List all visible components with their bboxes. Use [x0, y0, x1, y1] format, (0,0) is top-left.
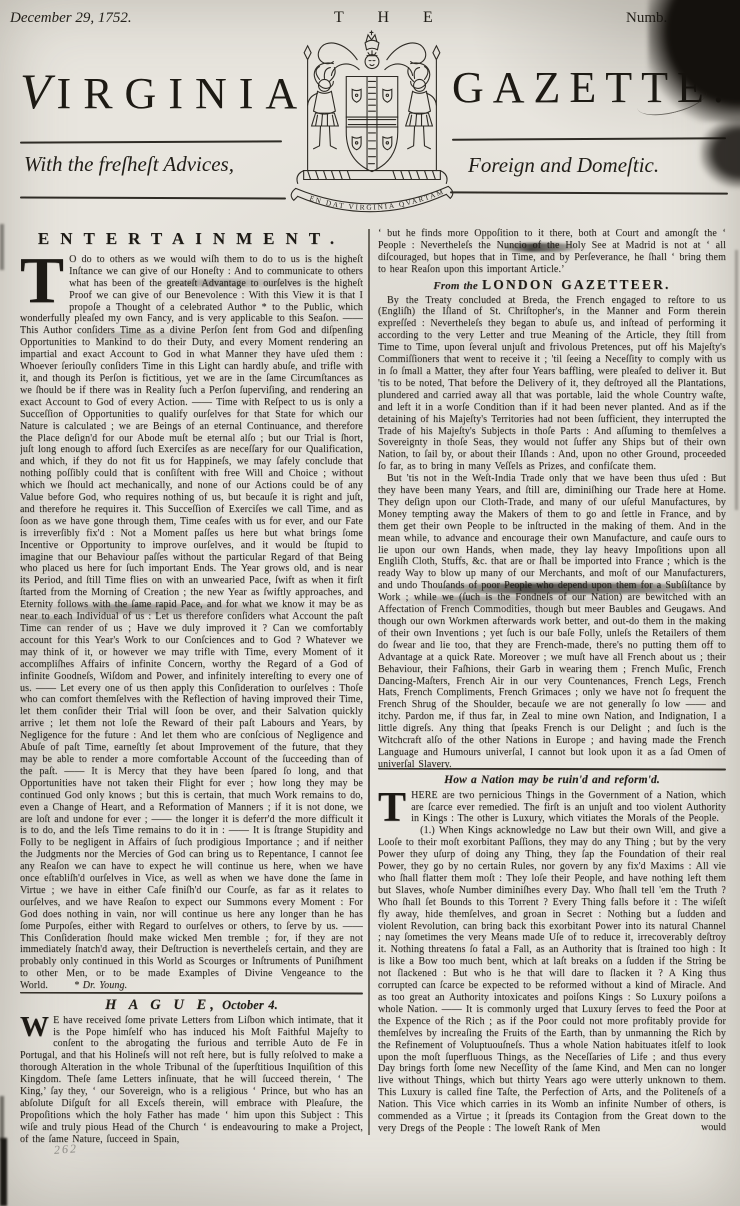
nation-opening-text: HERE are two pernicious Things in the Go… — [411, 790, 726, 825]
masthead-the: T H E — [334, 9, 448, 27]
drop-cap-t2: T — [378, 790, 411, 826]
tagline-left: With the freſheſt Advices, — [24, 152, 234, 177]
tagline-right: Foreign and Domeſtic. — [468, 153, 659, 178]
gazetteer-heading-prefix: From the — [433, 280, 478, 292]
gazetteer-heading-title: LONDON GAZETTEER. — [482, 277, 671, 292]
hague-place: H A G U E, — [105, 997, 218, 1013]
masthead-rule — [452, 137, 726, 141]
svg-text:EN DAT VIRGINIA QVARTAM: EN DAT VIRGINIA QVARTAM — [308, 187, 445, 212]
scan-edge-dark — [735, 250, 738, 510]
masthead-rule — [20, 140, 282, 143]
hague-paragraph: WE have received ſome private Letters fr… — [20, 1015, 363, 1146]
ink-smear — [382, 596, 642, 606]
handwritten-page-number: 262 — [54, 1141, 79, 1158]
gazetteer-paragraph-2: But 'tis not in the Weſt-India Trade onl… — [378, 473, 726, 768]
essay-footnote: * Dr. Young. — [74, 980, 127, 991]
hague-heading: H A G U E, October 4. — [20, 1000, 363, 1012]
section-rule — [378, 768, 726, 770]
ink-smear — [498, 243, 580, 252]
ink-smear — [24, 604, 342, 614]
scan-shadow-edge — [700, 118, 740, 188]
drop-cap-t: T — [20, 254, 69, 311]
newspaper-page: December 29, 1752. T H E Numb. 103. VIRG… — [0, 0, 740, 1206]
nation-opening-paragraph: THERE are two pernicious Things in the G… — [378, 790, 726, 826]
column-divider-rule — [368, 229, 370, 1135]
title-initial: V — [20, 63, 57, 119]
right-column: ‘ but he finds more Oppoſition to it the… — [378, 228, 726, 768]
ink-smear — [420, 583, 720, 594]
nation-essay-section: How a Nation may be ruin'd and reform'd.… — [378, 768, 726, 1140]
scan-edge-dark — [0, 1138, 7, 1206]
nation-paragraph: (1.) When Kings acknowledge no Law but t… — [378, 825, 726, 1135]
scan-edge-dark — [0, 224, 4, 270]
ink-smear — [60, 332, 260, 339]
gazetteer-paragraph-1: By the Treaty concluded at Breda, the Fr… — [378, 295, 726, 474]
virginia-coat-of-arms: EN DAT VIRGINIA QVARTAM — [268, 28, 476, 226]
gazetteer-heading: From the LONDON GAZETTEER. — [378, 279, 726, 293]
section-heading-entertainment: ENTERTAINMENT. — [20, 233, 363, 245]
ink-smear — [150, 279, 340, 287]
dateline: December 29, 1752. — [10, 10, 132, 27]
hague-section: H A G U E, October 4. WE have received ſ… — [20, 992, 363, 1154]
masthead-rule — [20, 197, 286, 200]
masthead-rule — [450, 191, 728, 194]
hague-date: October 4. — [222, 998, 278, 1012]
newspaper-title-left: VIRGINIA — [20, 62, 309, 120]
catchword: would — [600, 1122, 726, 1133]
drop-cap-w: W — [20, 1015, 53, 1039]
scan-edge-dark — [0, 1096, 4, 1140]
hague-text: E have received ſome private Letters fro… — [20, 1015, 363, 1145]
section-rule — [20, 992, 363, 994]
ink-smear — [20, 617, 115, 625]
nation-essay-heading: How a Nation may be ruin'd and reform'd. — [378, 775, 726, 787]
crest-motto: EN DAT VIRGINIA QVARTAM — [308, 187, 445, 212]
